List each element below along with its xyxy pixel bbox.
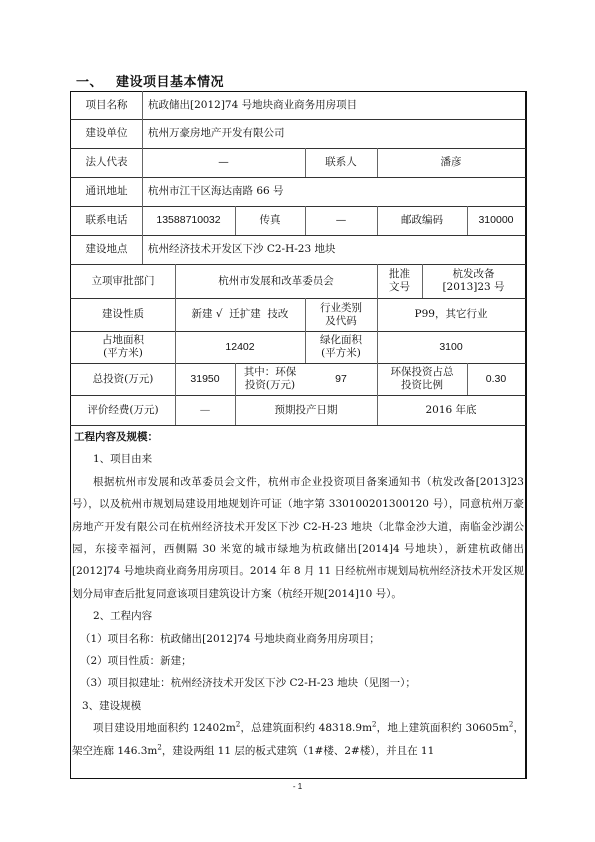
subsection-3-title: 3、建设规模	[72, 695, 524, 717]
approval-doc-value: 杭发改备[2013]23 号	[422, 264, 525, 298]
page-number: - 1	[0, 782, 595, 791]
fax-value: —	[305, 206, 377, 235]
operation-date-label: 预期投产日期	[235, 395, 377, 425]
nature-label: 建设性质	[71, 298, 175, 331]
approval-dept-label: 立项审批部门	[71, 264, 175, 298]
subsection-2-item: （1）项目名称：杭政储出[2012]74 号地块商业商务用房项目；	[72, 628, 524, 650]
builder-label: 建设单位	[71, 119, 142, 148]
env-ratio-label: 环保投资占总投资比例	[377, 363, 467, 395]
scale-text: 项目建设用地面积约 12402m	[93, 722, 236, 734]
section-title: 建设项目基本情况	[116, 75, 224, 90]
address-value: 杭州市江干区海达南路 66 号	[142, 177, 525, 206]
fax-label: 传真	[235, 206, 305, 235]
phone-value: 13588710032	[142, 206, 235, 235]
legal-rep-label: 法人代表	[71, 148, 142, 177]
total-invest-label: 总投资(万元)	[71, 363, 175, 395]
location-value: 杭州经济技术开发区下沙 C2-H-23 地块	[142, 235, 525, 264]
subsection-3-text: 项目建设用地面积约 12402m2，总建筑面积约 48318.9m2，地上建筑面…	[72, 717, 524, 762]
project-name-label: 项目名称	[71, 91, 142, 119]
approval-doc-label: 批准文号	[377, 264, 422, 298]
project-content-section: 工程内容及规模： 1、项目由来 根据杭州市发展和改革委员会文件，杭州市企业投资项…	[72, 426, 524, 762]
env-invest-value: 97	[305, 363, 377, 395]
postcode-value: 310000	[467, 206, 525, 235]
subsection-2-item: （3）项目拟建址：杭州经济技术开发区下沙 C2-H-23 地块（见图一）；	[72, 672, 524, 694]
contact-label: 联系人	[305, 148, 377, 177]
subsection-1-title: 1、项目由来	[72, 448, 524, 470]
section-number: 一、	[76, 71, 116, 90]
subsection-2-title: 2、工程内容	[72, 605, 524, 627]
green-area-value: 3100	[377, 331, 525, 363]
table-bottom-border	[70, 778, 527, 779]
subsection-2-item: （2）项目性质：新建；	[72, 650, 524, 672]
scale-text: ，建设两组 11 层的板式建筑（1#楼、2#楼），并且在 11	[162, 745, 434, 757]
project-name-value: 杭政储出[2012]74 号地块商业商务用房项目	[142, 91, 525, 119]
contact-value: 潘彦	[377, 148, 525, 177]
eval-cost-label: 评价经费(万元)	[71, 395, 175, 425]
address-label: 通讯地址	[71, 177, 142, 206]
land-area-label: 占地面积(平方米)	[71, 331, 175, 363]
env-invest-label: 其中：环保投资(万元)	[235, 363, 305, 395]
table-right-border	[525, 91, 527, 779]
subsection-1-text: 根据杭州市发展和改革委员会文件，杭州市企业投资项目备案通知书（杭发改备[2013…	[72, 471, 524, 605]
section-heading: 一、建设项目基本情况	[76, 71, 224, 90]
nature-value: 新建 √ 迁扩建 技改	[175, 298, 305, 331]
total-invest-value: 31950	[175, 363, 235, 395]
scale-text: ，地上建筑面积约 30605m	[377, 722, 509, 734]
phone-label: 联系电话	[71, 206, 142, 235]
legal-rep-value: —	[142, 148, 305, 177]
approval-dept-value: 杭州市发展和改革委员会	[175, 264, 377, 298]
industry-value: P99，其它行业	[377, 298, 525, 331]
location-label: 建设地点	[71, 235, 142, 264]
green-area-label: 绿化面积(平方米)	[305, 331, 377, 363]
eval-cost-value: —	[175, 395, 235, 425]
content-title: 工程内容及规模：	[72, 426, 524, 448]
env-ratio-value: 0.30	[467, 363, 525, 395]
industry-label: 行业类别及代码	[305, 298, 377, 331]
postcode-label: 邮政编码	[377, 206, 467, 235]
builder-value: 杭州万豪房地产开发有限公司	[142, 119, 525, 148]
operation-date-value: 2016 年底	[377, 395, 525, 425]
scale-text: ，总建筑面积约 48318.9m	[240, 722, 372, 734]
land-area-value: 12402	[175, 331, 305, 363]
